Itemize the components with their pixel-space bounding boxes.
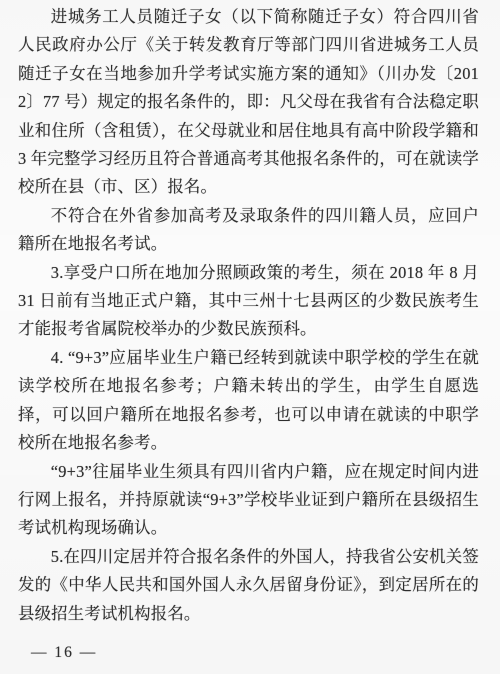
paragraph-migrant-children-conditions: 进城务工人员随迁子女（以下简称随迁子女）符合四川省人民政府办公厅《关于转发教育厅… (18, 3, 479, 202)
paragraph-9plus3-former-graduates: “9+3”往届毕业生须具有四川省内户籍，应在规定时间内进行网上报名，并持原就读“… (18, 458, 479, 543)
paragraph-item-5-foreigners: 5.在四川定居并符合报名条件的外国人，持我省公安机关签发的《中华人民共和国外国人… (18, 543, 479, 628)
document-page: 进城务工人员随迁子女（以下简称随迁子女）符合四川省人民政府办公厅《关于转发教育厅… (0, 0, 500, 674)
page-number: — 16 — (18, 644, 479, 662)
paragraph-item-4-9plus3-current-graduates: 4. “9+3”应届毕业生户籍已经转到就读中职学校的学生在就读学校所在地报名参考… (18, 344, 479, 458)
paragraph-item-3-bonus-policy: 3.享受户口所在地加分照顾政策的考生，须在 2018 年 8 月 31 日前有当… (18, 259, 479, 344)
paragraph-return-to-registered-residence: 不符合在外省参加高考及录取条件的四川籍人员，应回户籍所在地报名考试。 (18, 202, 479, 259)
